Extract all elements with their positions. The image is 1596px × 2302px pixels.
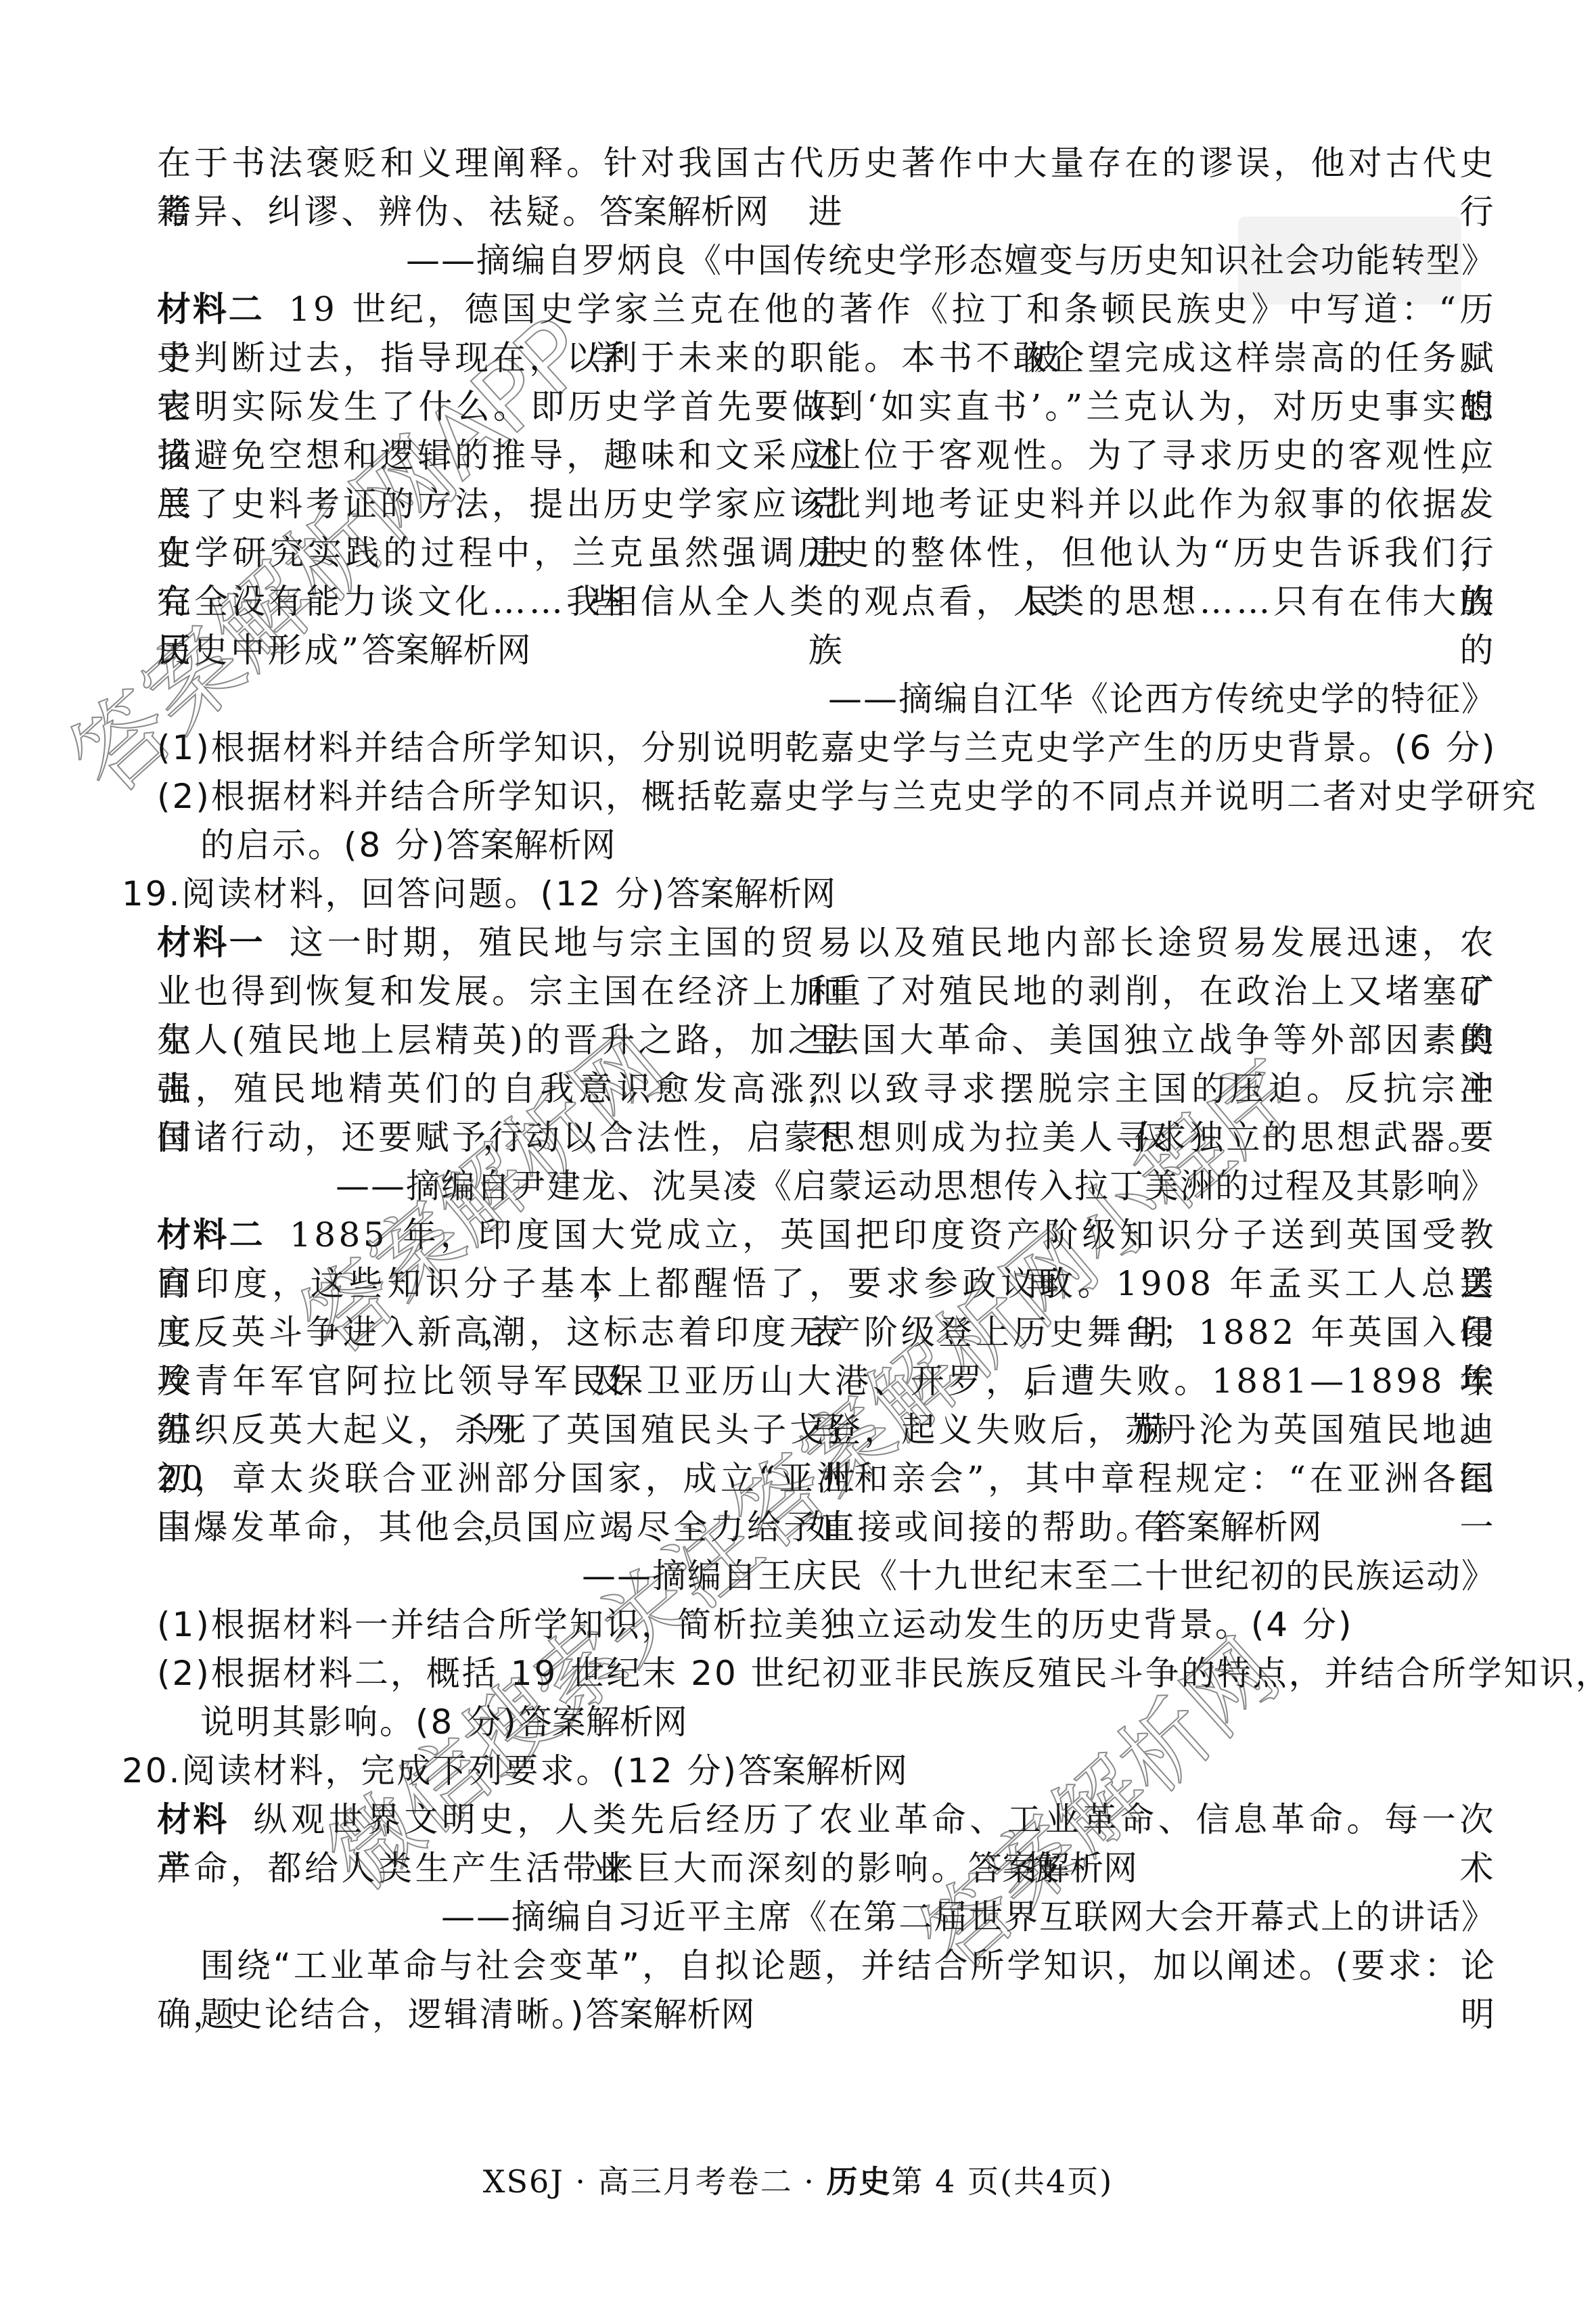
text-line: 尔人(殖民地上层精英)的晋升之路，加之法国大革命、美国独立战争等外部因素的强烈冲 <box>157 1016 1497 1064</box>
separator: · <box>804 2163 815 2200</box>
inline-watermark: 答案解析网 <box>447 826 616 865</box>
subquestion: (2)根据材料并结合所学知识，概括乾嘉史学与兰克史学的不同点并说明二者对史学研究 <box>157 772 1497 821</box>
source-citation: ——摘编自习近平主席《在第二届世界互联网大会开幕式上的讲话》 <box>157 1893 1497 1941</box>
text-line: 展了史料考证的方法，提出历史学家应该批判地考证史料并以此作为叙事的依据。在进行 <box>157 480 1497 528</box>
exam-content: 在于书法褒贬和义理阐释。针对我国古代历史著作中大量存在的谬误，他对古代史籍进行 … <box>157 139 1497 2039</box>
subquestion: (1)根据材料一并结合所学知识，简析拉美独立运动发生的历史背景。(4 分) <box>157 1600 1497 1649</box>
subquestion: (2)根据材料二，概括 19 世纪末 20 世纪初亚非民族反殖民斗争的特点，并结… <box>157 1649 1497 1698</box>
source-citation: ——摘编自江华《论西方传统史学的特征》 <box>157 675 1497 723</box>
inline-watermark: 答案解析网 <box>518 1702 687 1742</box>
subquestion-continued: 的启示。(8 分)答案解析网 <box>157 821 1497 870</box>
separator: · <box>575 2163 587 2200</box>
subject: 历史 <box>827 2163 892 2200</box>
page-number: 第 4 页(共4页) <box>892 2163 1114 2200</box>
text-line: 初，章太炎联合亚洲部分国家，成立“亚洲和亲会”，其中章程规定：“在亚洲各国中，如… <box>157 1454 1497 1503</box>
source-citation: ——摘编自王庆民《十九世纪末至二十世纪初的民族运动》 <box>157 1552 1497 1600</box>
text-line: 材料纵观世界文明史，人类先后经历了农业革命、工业革命、信息革命。每一次产业技术 <box>157 1795 1497 1844</box>
subquestion-continued: 说明其影响。(8 分)答案解析网 <box>157 1698 1497 1746</box>
inline-watermark: 答案解析网 <box>586 1995 755 2034</box>
question-20-stem: 20.阅读材料，完成下列要求。(12 分)答案解析网 <box>157 1746 1497 1795</box>
subquestion: (1)根据材料并结合所学知识，分别说明乾嘉史学与兰克史学产生的历史背景。(6 分… <box>157 723 1497 772</box>
exam-name: 高三月考卷二 <box>598 2163 793 2200</box>
text-line: 击，殖民地精英们的自我意识愈发高涨，以致寻求摆脱宗主国的压迫。反抗宗主国，不仅要 <box>157 1064 1497 1113</box>
text-line: 表明实际发生了什么。即历史学首先要做到‘如实直书’。”兰克认为，对历史事实的描述… <box>157 382 1497 431</box>
material-label: 材料二 <box>157 290 265 329</box>
text-line: 组织反英大起义，杀死了英国殖民头子戈登，起义失败后，苏丹沦为英国殖民地。20 世… <box>157 1405 1497 1454</box>
source-citation: ——摘编自罗炳良《中国传统史学形态嬗变与历史知识社会功能转型》 <box>157 236 1497 285</box>
text-line: 材料二1885 年，印度国大党成立，英国把印度资产阶级知识分子送到英国受教育，再… <box>157 1211 1497 1259</box>
text-line: 该避免空想和逻辑的推导，趣味和文采应让位于客观性。为了寻求历史的客观性，兰克发 <box>157 431 1497 480</box>
inline-watermark: 答案解析网 <box>968 1849 1137 1888</box>
text-line: 付诸行动，还要赋予行动以合法性，启蒙思想则成为拉美人寻求独立的思想武器。 <box>157 1113 1497 1162</box>
material-label: 材料 <box>157 1800 229 1839</box>
inline-watermark: 答案解析网 <box>599 192 769 231</box>
material-label: 材料一 <box>157 923 265 962</box>
text-line: 回印度，这些知识分子基本上都醒悟了，要求参政议政。1908 年孟买工人总罢工，表… <box>157 1259 1497 1308</box>
inline-watermark: 答案解析网 <box>666 874 836 913</box>
inline-watermark: 答案解析网 <box>362 631 531 670</box>
text-line: 完全没有能力谈文化……我相信从全人类的观点看，人类的思想……只有在伟大的民族的 <box>157 577 1497 626</box>
exam-code: XS6J <box>483 2163 564 2200</box>
question-19-stem: 19.阅读材料，回答问题。(12 分)答案解析网 <box>157 870 1497 918</box>
text-line: 材料一这一时期，殖民地与宗主国的贸易以及殖民地内部长途贸易发展迅速，农业和矿 <box>157 918 1497 967</box>
text-line: 度反英斗争进入新高潮，这标志着印度无产阶级登上历史舞台；1882 年英国入侵埃及… <box>157 1308 1497 1357</box>
text-line: 史学研究实践的过程中，兰克虽然强调历史的整体性，但他认为“历史告诉我们，有些民族 <box>157 528 1497 577</box>
page-footer: XS6J · 高三月考卷二 · 历史第 4 页(共4页) <box>0 2157 1596 2202</box>
text-line: 及青年军官阿拉比领导军民保卫亚历山大港、开罗，后遭失败。1881—1898 年苏… <box>157 1357 1497 1405</box>
question-number: 20. <box>122 1751 182 1790</box>
text-line: 业也得到恢复和发展。宗主国在经济上加重了对殖民地的剥削，在政治上又堵塞了克里奥 <box>157 967 1497 1016</box>
text-line: 国爆发革命，其他会员国应竭尽全力给予直接或间接的帮助。答案解析网 <box>157 1503 1497 1552</box>
inline-watermark: 答案解析网 <box>1153 1508 1322 1547</box>
text-line: 在于书法褒贬和义理阐释。针对我国古代历史著作中大量存在的谬误，他对古代史籍进行 <box>157 139 1497 187</box>
source-citation: ——摘编自尹建龙、沈昊凌《启蒙运动思想传入拉丁美洲的过程及其影响》 <box>157 1162 1497 1211</box>
material-label: 材料二 <box>157 1215 265 1255</box>
question-number: 19. <box>122 874 182 913</box>
exam-page: 在于书法褒贬和义理阐释。针对我国古代历史著作中大量存在的谬误，他对古代史籍进行 … <box>0 0 1596 2302</box>
text-line: 予判断过去，指导现在，以利于未来的职能。本书不敢企望完成这样崇高的任务。它只想 <box>157 334 1497 382</box>
task-line: 围绕“工业革命与社会变革”，自拟论题，并结合所学知识，加以阐述。(要求：论题明 <box>157 1941 1497 1990</box>
inline-watermark: 答案解析网 <box>738 1751 907 1790</box>
text-line: 材料二19 世纪，德国史学家兰克在他的著作《拉丁和条顿民族史》中写道：“历史学被… <box>157 285 1497 334</box>
